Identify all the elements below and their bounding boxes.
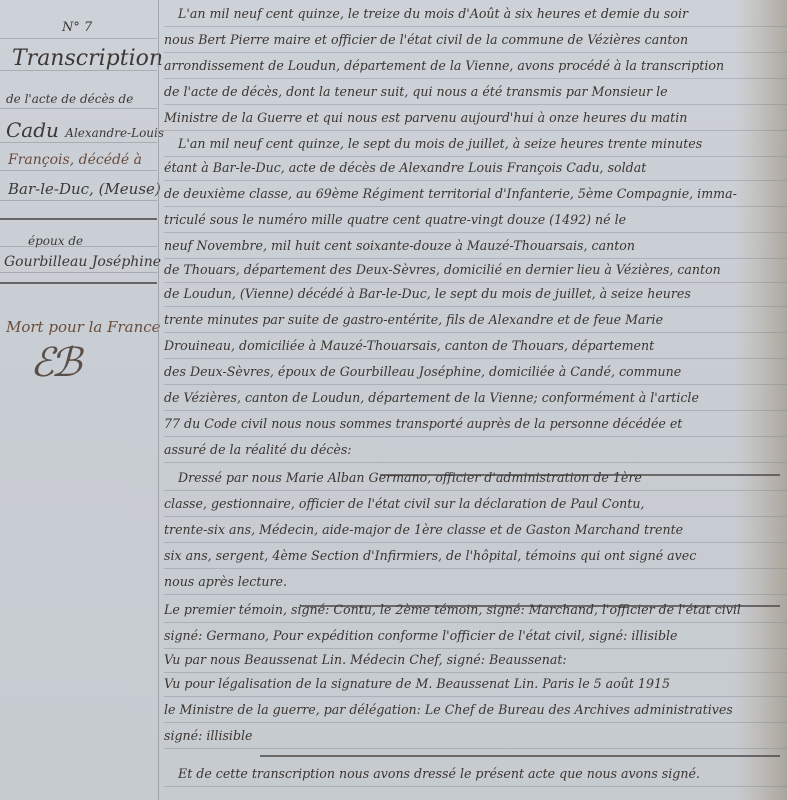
mort-pour-la-france-mention: Mort pour la France [6, 318, 161, 336]
rule-line [0, 170, 157, 171]
spouse-label: époux de [28, 234, 83, 248]
text-line: signé: Germano, Pour expédition conforme… [164, 624, 787, 649]
text-line: nous après lecture. [164, 570, 787, 595]
rule-line [0, 272, 157, 273]
record-body: L'an mil neuf cent quinze, le treize du … [160, 0, 787, 800]
text-line: de l'acte de décès, dont la teneur suit,… [164, 80, 787, 105]
margin-separator [0, 282, 157, 284]
text-line: L'an mil neuf cent quinze, le sept du mo… [164, 132, 787, 157]
text-line: Le premier témoin, signé: Contu, le 2ème… [164, 598, 787, 623]
rule-line [0, 200, 157, 201]
surname: Cadu [6, 118, 59, 142]
text-line: Dressé par nous Marie Alban Germano, off… [164, 466, 787, 491]
text-line: Ministre de la Guerre et qui nous est pa… [164, 106, 787, 131]
given-names-continued: François, décédé à [8, 152, 142, 168]
text-line: trente-six ans, Médecin, aide-major de 1… [164, 518, 787, 543]
rule-line [0, 142, 157, 143]
text-line: le Ministre de la guerre, par délégation… [164, 698, 787, 723]
text-line: six ans, sergent, 4ème Section d'Infirmi… [164, 544, 787, 569]
text-line: nous Bert Pierre maire et officier de l'… [164, 28, 787, 53]
margin-rule [158, 0, 159, 800]
text-line: de Thouars, département des Deux-Sèvres,… [164, 258, 787, 283]
text-line: étant à Bar-le-Duc, acte de décès de Ale… [164, 156, 787, 181]
section-separator [260, 755, 780, 757]
text-line: triculé sous le numéro mille quatre cent… [164, 208, 787, 233]
text-line: de deuxième classe, au 69ème Régiment te… [164, 182, 787, 207]
rule-line [0, 38, 157, 39]
spouse-name: Gourbilleau Joséphine [4, 254, 161, 270]
text-line: Drouineau, domiciliée à Mauzé-Thouarsais… [164, 334, 787, 359]
given-names: Alexandre-Louis [65, 126, 164, 140]
text-line: classe, gestionnaire, officier de l'état… [164, 492, 787, 517]
text-line: assuré de la réalité du décès: [164, 438, 787, 463]
text-line: trente minutes par suite de gastro-entér… [164, 308, 787, 333]
deceased-surname: Cadu Alexandre-Louis [6, 118, 164, 142]
record-number: N° 7 [62, 20, 92, 35]
margin-subtitle: de l'acte de décès de [6, 92, 133, 106]
text-line: 77 du Code civil nous nous sommes transp… [164, 412, 787, 437]
document-page: N° 7 Transcription de l'acte de décès de… [0, 0, 787, 800]
place-of-death: Bar-le-Duc, (Meuse) [8, 180, 161, 198]
rule-line [0, 108, 157, 109]
text-line: des Deux-Sèvres, époux de Gourbilleau Jo… [164, 360, 787, 385]
text-line: Vu par nous Beaussenat Lin. Médecin Chef… [164, 648, 787, 673]
text-line: de Loudun, (Vienne) décédé à Bar-le-Duc,… [164, 282, 787, 307]
text-line: signé: illisible [164, 724, 787, 749]
margin-separator [0, 218, 157, 220]
paraph-signature: ℰℬ [30, 340, 78, 386]
text-line: arrondissement de Loudun, département de… [164, 54, 787, 79]
text-line: Vu pour légalisation de la signature de … [164, 672, 787, 697]
margin-column: N° 7 Transcription de l'acte de décès de… [0, 0, 157, 800]
text-line: Et de cette transcription nous avons dre… [164, 762, 787, 787]
text-line: L'an mil neuf cent quinze, le treize du … [164, 2, 787, 27]
text-line: neuf Novembre, mil huit cent soixante-do… [164, 234, 787, 259]
text-line: de Vézières, canton de Loudun, départeme… [164, 386, 787, 411]
margin-title: Transcription [12, 46, 163, 71]
